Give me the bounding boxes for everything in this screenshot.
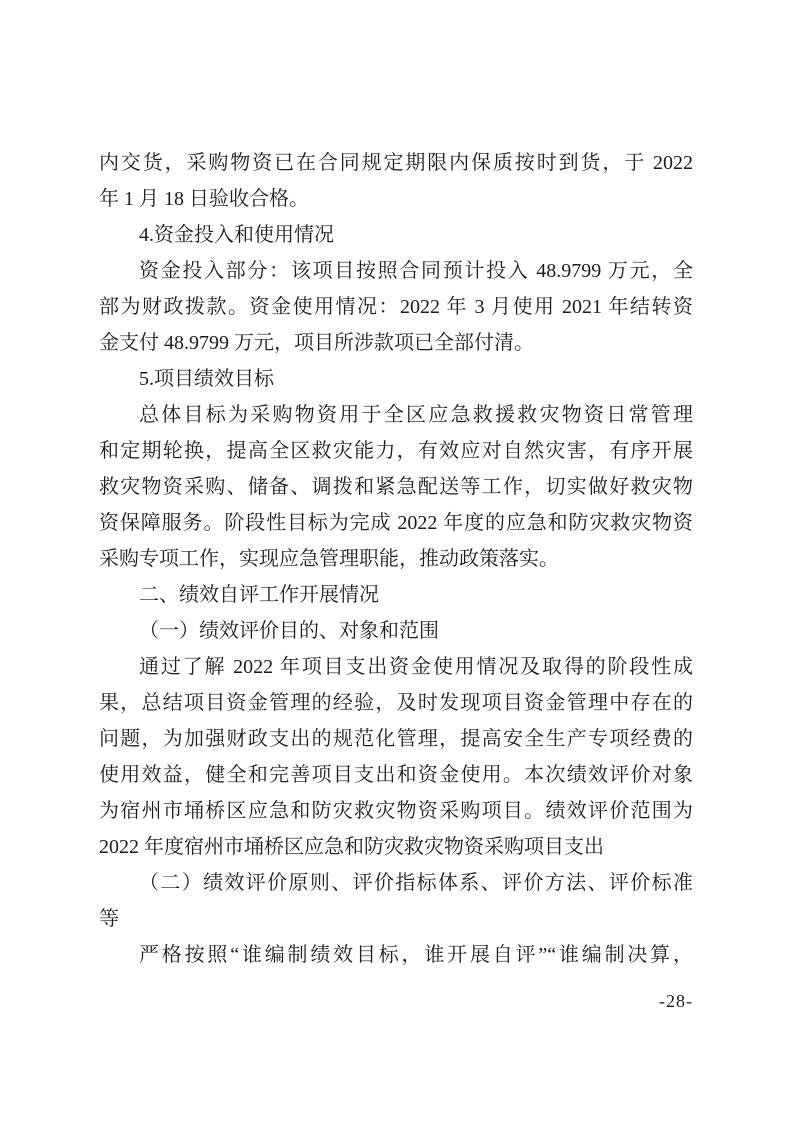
text-line: 2022 年度宿州市埇桥区应急和防灾救灾物资采购项目支出	[99, 829, 693, 865]
heading-section-2: 二、绩效自评工作开展情况	[99, 577, 693, 613]
heading-subsection-2-2: （二）绩效评价原则、评价指标体系、评价方法、评价标准	[99, 865, 693, 901]
text-line: 问题，为加强财政支出的规范化管理，提高安全生产专项经费的	[99, 721, 693, 757]
page-number: -28-	[99, 991, 693, 1011]
text-line: 年 1 月 18 日验收合格。	[99, 181, 693, 217]
text-line: 总体目标为采购物资用于全区应急救援救灾物资日常管理	[99, 397, 693, 433]
text-line: 部为财政拨款。资金使用情况：2022 年 3 月使用 2021 年结转资	[99, 289, 693, 325]
text-line: 采购专项工作，实现应急管理职能，推动政策落实。	[99, 541, 693, 577]
text-line: 严格按照“谁编制绩效目标，谁开展自评”“谁编制决算，	[99, 937, 693, 973]
heading-section-4: 4.资金投入和使用情况	[99, 217, 693, 253]
text-line: 和定期轮换，提高全区救灾能力，有效应对自然灾害，有序开展	[99, 433, 693, 469]
text-line: 果，总结项目资金管理的经验，及时发现项目资金管理中存在的	[99, 685, 693, 721]
text-line: 使用效益，健全和完善项目支出和资金使用。本次绩效评价对象	[99, 757, 693, 793]
document-page: 内交货，采购物资已在合同规定期限内保质按时到货，于 2022 年 1 月 18 …	[0, 0, 793, 1122]
text-line: 金支付 48.9799 万元，项目所涉款项已全部付清。	[99, 325, 693, 361]
heading-section-5: 5.项目绩效目标	[99, 361, 693, 397]
text-line: 资保障服务。阶段性目标为完成 2022 年度的应急和防灾救灾物资	[99, 505, 693, 541]
text-line: 救灾物资采购、储备、调拨和紧急配送等工作，切实做好救灾物	[99, 469, 693, 505]
text-line: 为宿州市埇桥区应急和防灾救灾物资采购项目。绩效评价范围为	[99, 793, 693, 829]
text-line: 通过了解 2022 年项目支出资金使用情况及取得的阶段性成	[99, 649, 693, 685]
text-line: 等	[99, 901, 693, 937]
text-line: 内交货，采购物资已在合同规定期限内保质按时到货，于 2022	[99, 145, 693, 181]
document-text-block: 内交货，采购物资已在合同规定期限内保质按时到货，于 2022 年 1 月 18 …	[99, 145, 693, 973]
heading-subsection-2-1: （一）绩效评价目的、对象和范围	[99, 613, 693, 649]
text-line: 资金投入部分：该项目按照合同预计投入 48.9799 万元，全	[99, 253, 693, 289]
